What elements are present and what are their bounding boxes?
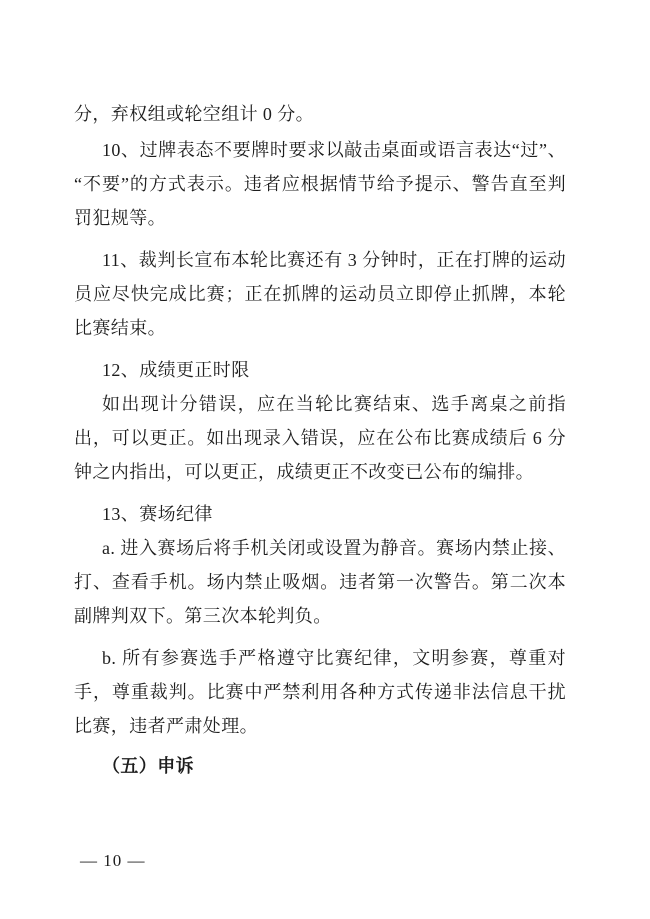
paragraph-rule-13b: b. 所有参赛选手严格遵守比赛纪律，文明参赛，尊重对手，尊重裁判。比赛中严禁利用… xyxy=(74,641,566,743)
section-heading-appeal: （五）申诉 xyxy=(74,749,566,783)
document-page: 分，弃权组或轮空组计 0 分。 10、过牌表态不要牌时要求以敲击桌面或语言表达“… xyxy=(0,0,650,919)
paragraph-score-continuation: 分，弃权组或轮空组计 0 分。 xyxy=(74,97,566,131)
paragraph-rule-13a: a. 进入赛场后将手机关闭或设置为静音。赛场内禁止接、打、查看手机。场内禁止吸烟… xyxy=(74,531,566,633)
paragraph-rule-12-body: 如出现计分错误，应在当轮比赛结束、选手离桌之前指出，可以更正。如出现录入错误，应… xyxy=(74,387,566,489)
paragraph-rule-11: 11、裁判长宣布本轮比赛还有 3 分钟时，正在打牌的运动员应尽快完成比赛；正在抓… xyxy=(74,243,566,345)
page-number: — 10 — xyxy=(80,851,146,871)
document-body: 分，弃权组或轮空组计 0 分。 10、过牌表态不要牌时要求以敲击桌面或语言表达“… xyxy=(74,97,566,783)
paragraph-rule-12-title: 12、成绩更正时限 xyxy=(74,353,566,387)
paragraph-rule-10: 10、过牌表态不要牌时要求以敲击桌面或语言表达“过”、“不要”的方式表示。违者应… xyxy=(74,133,566,235)
paragraph-rule-13-title: 13、赛场纪律 xyxy=(74,497,566,531)
